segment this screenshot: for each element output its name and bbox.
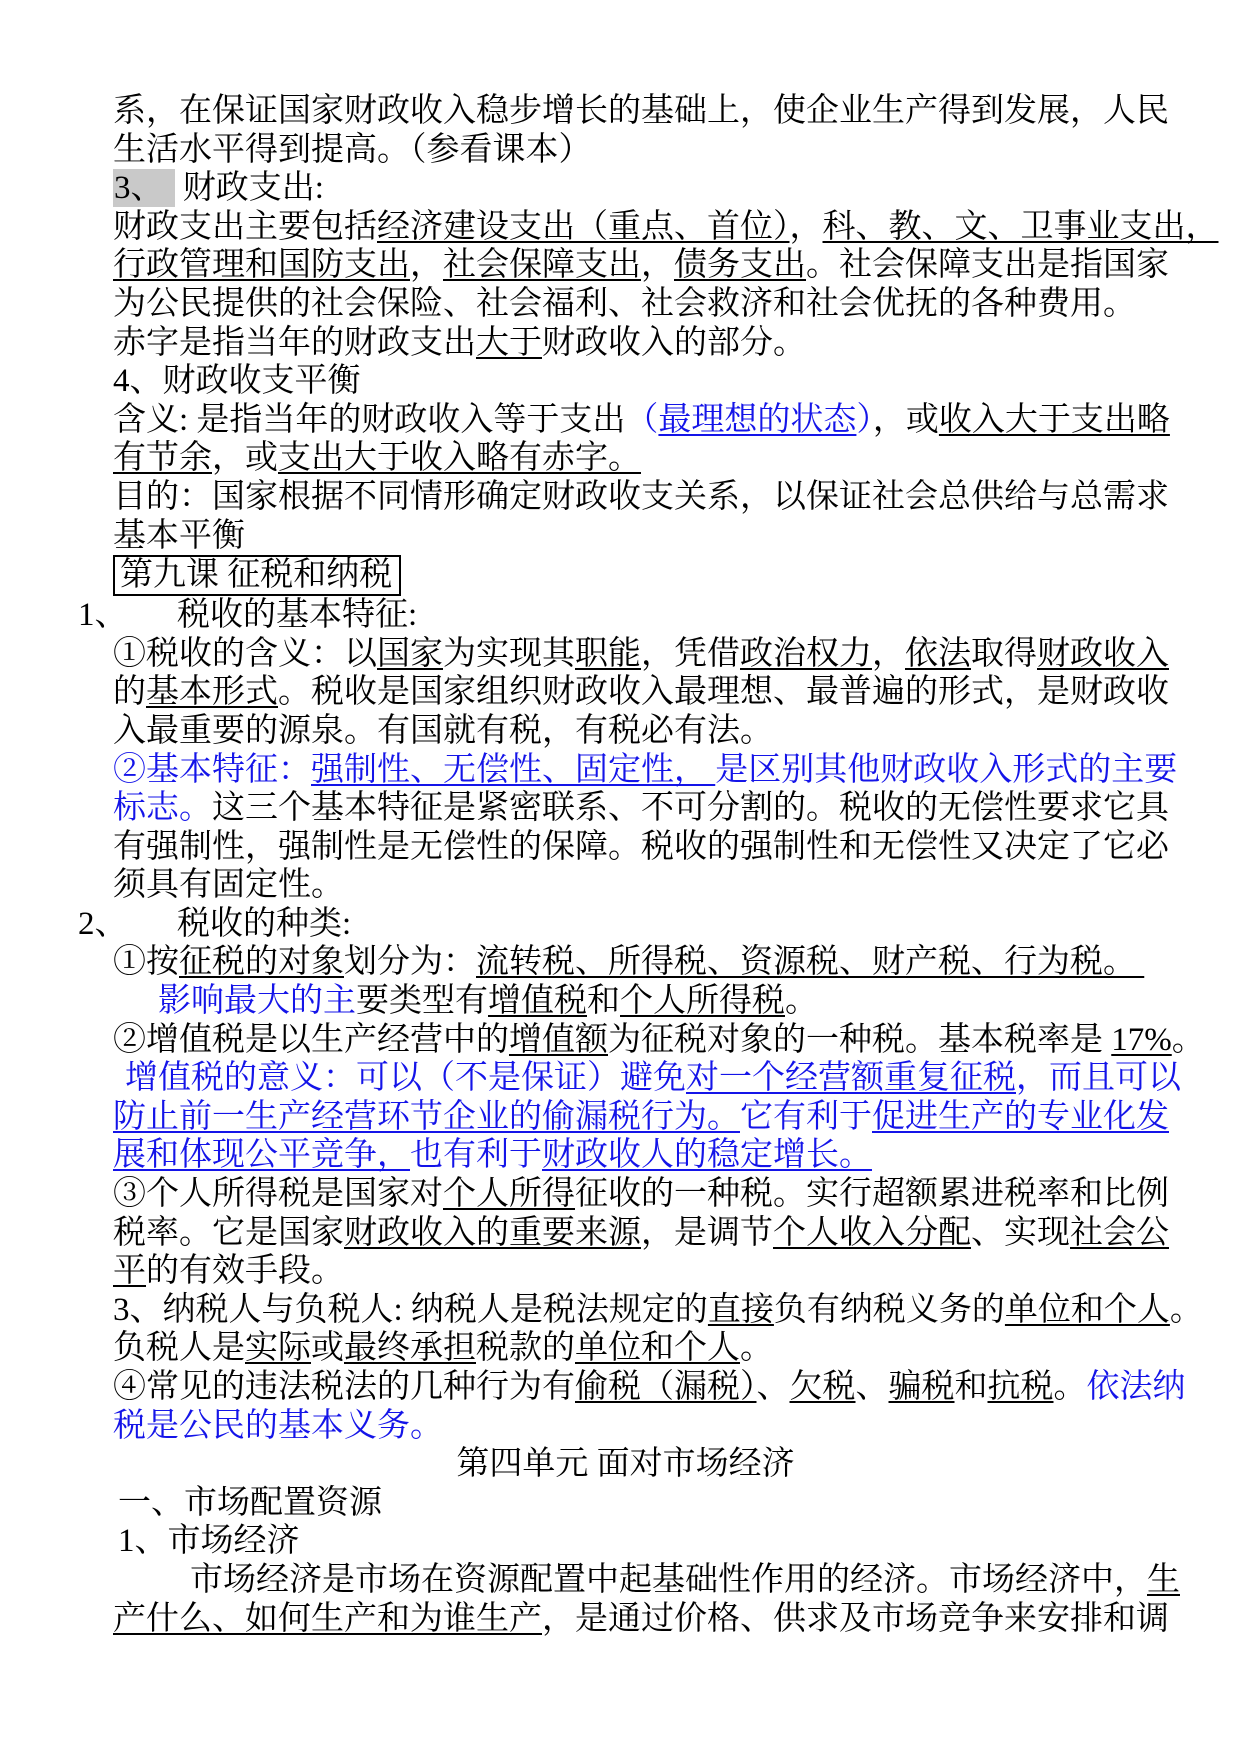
text-line: 为公民提供的社会保险、社会福利、社会救济和社会优抚的各种费用。	[113, 285, 1173, 324]
text-run: 。	[1172, 1022, 1205, 1058]
text-run: ，是通过价格、供求及市场竞争来安排和调	[542, 1601, 1169, 1637]
emphasis-blue-text: 税是公民的基本义务。	[113, 1408, 443, 1444]
text-line: 防止前一生产经营环节企业的偷漏税行为。它有利于促进生产的专业化发	[113, 1098, 1173, 1137]
emphasis-blue-text: 防止前一生产经营环节企业的偷漏税行为。	[113, 1099, 740, 1135]
text-run: ，	[872, 636, 905, 672]
text-line: 赤字是指当年的财政支出大于财政收入的部分。	[113, 324, 1173, 363]
text-run: 为征税对象的一种税。基本税率是	[608, 1022, 1111, 1058]
text-run: 财政收入的部分。	[542, 325, 806, 361]
text-line: ②增值税是以生产经营中的增值额为征税对象的一种税。基本税率是 17%。	[113, 1021, 1173, 1060]
text-run: 生	[1147, 1562, 1180, 1598]
emphasis-blue-text: ，而且可以	[1016, 1060, 1181, 1096]
text-run: 。社会保障支出是指国家	[806, 247, 1169, 283]
text-run: 17%	[1111, 1022, 1172, 1058]
text-run: ，是调节	[641, 1215, 773, 1251]
text-run: 有节余	[113, 440, 212, 476]
text-line: 标志。这三个基本特征是紧密联系、不可分割的。税收的无偿性要求它具	[113, 789, 1173, 828]
text-line: 影响最大的主要类型有增值税和个人所得税。	[158, 982, 1173, 1021]
text-run: 1、	[78, 597, 111, 633]
text-line: 基本平衡	[113, 517, 1173, 556]
text-run: 入最重要的源泉。有国就有税，有税必有法。	[113, 713, 773, 749]
text-line: 增值税的意义：可以（不是保证）避免对一个经营额重复征税，而且可以	[125, 1059, 1173, 1098]
text-run: ②增值税是以生产经营中的	[113, 1022, 509, 1058]
text-run: 社会保障支出	[443, 247, 641, 283]
text-line: ②基本特征：强制性、无偿性、固定性， 是区别其他财政收入形式的主要	[113, 751, 1173, 790]
text-line: 税是公民的基本义务。	[113, 1407, 1173, 1446]
text-run: 须具有固定性。	[113, 867, 344, 903]
emphasis-blue-text: 依法纳	[1087, 1369, 1186, 1405]
text-line: 财政支出主要包括经济建设支出（重点、首位），科、教、文、卫事业支出，	[113, 208, 1173, 247]
text-run: 征收的一种税。实行超额累进税率和比例	[575, 1176, 1169, 1212]
text-line: 生活水平得到提高。（参看课本）	[113, 131, 1173, 170]
text-run: 行政管理和国防支出	[113, 247, 410, 283]
emphasis-blue-text: 对一个经营额重复征税	[686, 1060, 1016, 1096]
text-run: ，	[410, 247, 443, 283]
text-run: ，或	[212, 440, 278, 476]
text-run: 为实现其	[443, 636, 575, 672]
text-line: 3、 财政支出:	[113, 169, 1173, 208]
text-run: 税款的	[476, 1330, 575, 1366]
text-line: 含义: 是指当年的财政收入等于支出（最理想的状态），或收入大于支出略	[113, 401, 1173, 440]
text-run: 国家	[377, 636, 443, 672]
text-line: 2、 税收的种类:	[78, 905, 1173, 944]
text-run: 有强制性，强制性是无偿性的保障。税收的强制性和无偿性又决定了它必	[113, 829, 1169, 865]
text-run: 。税收是国家组织财政收入最理想、最普遍的形式，是财政收	[278, 674, 1169, 710]
text-line: 行政管理和国防支出，社会保障支出，债务支出。社会保障支出是指国家	[113, 246, 1173, 285]
text-run: 或	[311, 1330, 344, 1366]
text-run: 。	[785, 983, 818, 1019]
text-run: 政治权力	[740, 636, 872, 672]
emphasis-blue-text: 强制性、无偿性、固定性，	[311, 752, 715, 788]
text-run: 税收的种类:	[111, 906, 351, 942]
lesson-heading: 第九课 征税和纳税	[113, 555, 1173, 596]
text-line: 市场经济是市场在资源配置中起基础性作用的经济。市场经济中，生	[190, 1561, 1173, 1600]
text-run: 税收的基本特征:	[111, 597, 417, 633]
text-run: 财政支出主要包括	[113, 209, 377, 245]
text-run: ，或	[873, 402, 939, 438]
text-line: 一、市场配置资源	[118, 1484, 1173, 1523]
emphasis-blue-text: 最理想的状态	[658, 402, 856, 438]
text-run: 增值税	[488, 983, 587, 1019]
text-line: 有节余，或支出大于收入略有赤字。	[113, 439, 1173, 478]
text-run: ③个人所得税是国家对	[113, 1176, 443, 1212]
text-run: 赤字是指当年的财政支出	[113, 325, 476, 361]
text-run: 含义: 是指当年的财政收入等于支出	[113, 402, 625, 438]
text-run: 。	[1054, 1369, 1087, 1405]
emphasis-blue-text: 财政收人的稳定增长。	[542, 1137, 872, 1173]
text-line: 4、财政收支平衡	[113, 362, 1173, 401]
text-line: 产什么、如何生产和为谁生产，是通过价格、供求及市场竞争来安排和调	[113, 1600, 1173, 1639]
emphasis-blue-text: 展和体现公平竞争，	[113, 1137, 410, 1173]
text-run: ，	[641, 247, 674, 283]
text-line: 1、 税收的基本特征:	[78, 596, 1173, 635]
text-run: 市场经济是市场在资源配置中起基础性作用的经济。市场经济中，	[190, 1562, 1147, 1598]
text-run: ，凭借	[641, 636, 740, 672]
text-line: 负税人是实际或最终承担税款的单位和个人。	[113, 1329, 1173, 1368]
text-run: 第四单元 面对市场经济	[456, 1446, 794, 1482]
text-run: 支出大于收入略有赤字。	[278, 440, 641, 476]
text-run: 一、市场配置资源	[118, 1485, 382, 1521]
emphasis-blue-text: 促进生产的专业化发	[872, 1099, 1169, 1135]
text-run: 划分为：	[344, 944, 476, 980]
text-run: 财政收入	[1037, 636, 1169, 672]
emphasis-blue-text: 增值税的意义：可以（不是保证）避免	[125, 1060, 686, 1096]
text-run: 平	[113, 1253, 146, 1289]
text-run: 负有纳税义务的	[774, 1292, 1005, 1328]
text-line: 1、市场经济	[118, 1522, 1173, 1561]
text-line: 的基本形式。税收是国家组织财政收入最理想、最普遍的形式，是财政收	[113, 673, 1173, 712]
text-run: 依法	[905, 636, 971, 672]
text-run: 偷税（漏税）	[575, 1369, 757, 1405]
document-page: 系，在保证国家财政收入稳步增长的基础上，使企业生产得到发展，人民生活水平得到提高…	[0, 0, 1241, 1754]
text-run: 个人收入分配	[773, 1215, 971, 1251]
text-run: 目的：国家根据不同情形确定财政收支关系，以保证社会总供给与总需求	[113, 479, 1169, 515]
text-run: 1、市场经济	[118, 1523, 300, 1559]
text-run: 和	[587, 983, 620, 1019]
emphasis-blue-text: 影响最大的主	[158, 983, 356, 1019]
emphasis-blue-text: （	[625, 402, 658, 438]
text-line: 目的：国家根据不同情形确定财政收支关系，以保证社会总供给与总需求	[113, 478, 1173, 517]
text-run: 财政收入的重要来源	[344, 1215, 641, 1251]
emphasis-blue-text: ）	[856, 402, 873, 438]
text-run: 单位和个人	[575, 1330, 740, 1366]
text-line: ③个人所得税是国家对个人所得征收的一种税。实行超额累进税率和比例	[113, 1175, 1173, 1214]
text-run: 经济建设支出（重点、首位）	[377, 209, 790, 245]
text-run: 4、财政收支平衡	[113, 363, 361, 399]
text-run: 和	[955, 1369, 988, 1405]
text-run: 最终承担	[344, 1330, 476, 1366]
text-run: 抗税	[988, 1369, 1054, 1405]
text-run: 第九课 征税和纳税	[120, 557, 392, 593]
text-line: 税率。它是国家财政收入的重要来源，是调节个人收入分配、实现社会公	[113, 1214, 1173, 1253]
text-run: 。	[740, 1330, 773, 1366]
text-run: 产什么、如何生产和为谁生产	[113, 1601, 542, 1637]
text-run: 要类型有	[356, 983, 488, 1019]
text-run: 征税的对象	[179, 944, 344, 980]
text-run: 骗税	[889, 1369, 955, 1405]
text-line: ④常见的违法税法的几种行为有偷税（漏税）、欠税、骗税和抗税。依法纳	[113, 1368, 1173, 1407]
emphasis-blue-text: ②基本特征：	[113, 752, 311, 788]
emphasis-blue-text: 标志。	[113, 790, 212, 826]
text-run: 取得	[971, 636, 1037, 672]
text-line: 平的有效手段。	[113, 1252, 1173, 1291]
text-run: 、	[757, 1369, 790, 1405]
text-run: 税率。它是国家	[113, 1215, 344, 1251]
text-run: 为公民提供的社会保险、社会福利、社会救济和社会优抚的各种费用。	[113, 286, 1136, 322]
text-run: 的	[113, 674, 146, 710]
text-run: 大于	[476, 325, 542, 361]
text-run: 3、纳税人与负税人: 纳税人是税法规定的	[113, 1292, 708, 1328]
text-run: ①按	[113, 944, 179, 980]
text-line: 须具有固定性。	[113, 866, 1173, 905]
text-line: 展和体现公平竞争，也有利于财政收人的稳定增长。	[113, 1136, 1173, 1175]
text-run: 财政支出:	[175, 170, 324, 206]
text-run: 基本平衡	[113, 518, 245, 554]
text-run: ，	[790, 209, 823, 245]
text-run: 欠税	[790, 1369, 856, 1405]
text-line: 系，在保证国家财政收入稳步增长的基础上，使企业生产得到发展，人民	[113, 92, 1173, 131]
text-run: 、	[856, 1369, 889, 1405]
text-run: 科、教、文、卫事业支出，	[823, 209, 1219, 245]
text-run: 负税人是	[113, 1330, 245, 1366]
text-line: ①税收的含义：以国家为实现其职能，凭借政治权力，依法取得财政收入	[113, 635, 1173, 674]
emphasis-blue-text: 它有利于	[740, 1099, 872, 1135]
text-run: 实际	[245, 1330, 311, 1366]
lesson-heading-box: 第九课 征税和纳税	[113, 555, 401, 596]
text-run: 2、	[78, 906, 111, 942]
text-run: ①税收的含义：以	[113, 636, 377, 672]
text-run: 收入大于支出略	[939, 402, 1170, 438]
text-run: 单位和个人	[1005, 1292, 1170, 1328]
text-line: 入最重要的源泉。有国就有税，有税必有法。	[113, 712, 1173, 751]
text-line: 有强制性，强制性是无偿性的保障。税收的强制性和无偿性又决定了它必	[113, 828, 1173, 867]
text-run: 系，在保证国家财政收入稳步增长的基础上，使企业生产得到发展，人民	[113, 93, 1169, 129]
text-run: 这三个基本特征是紧密联系、不可分割的。税收的无偿性要求它具	[212, 790, 1169, 826]
text-line: ①按征税的对象划分为：流转税、所得税、资源税、财产税、行为税。	[113, 943, 1173, 982]
text-run: 直接	[708, 1292, 774, 1328]
text-run: 增值额	[509, 1022, 608, 1058]
text-run: 生活水平得到提高。（参看课本）	[113, 132, 592, 168]
text-run: ④常见的违法税法的几种行为有	[113, 1369, 575, 1405]
text-run: 。	[1170, 1292, 1203, 1328]
emphasis-blue-text: 是区别其他财政收入形式的主要	[715, 752, 1177, 788]
text-run: 社会公	[1070, 1215, 1169, 1251]
text-run: 的有效手段。	[146, 1253, 344, 1289]
text-line: 3、纳税人与负税人: 纳税人是税法规定的直接负有纳税义务的单位和个人。	[113, 1291, 1173, 1330]
text-run: 流转税、所得税、资源税、财产税、行为税。	[476, 944, 1144, 980]
text-run: 个人所得	[443, 1176, 575, 1212]
emphasis-blue-text: 也有利于	[410, 1137, 542, 1173]
unit-heading: 第四单元 面对市场经济	[78, 1445, 1173, 1484]
text-run: 职能	[575, 636, 641, 672]
text-run: 债务支出	[674, 247, 806, 283]
text-run: 、实现	[971, 1215, 1070, 1251]
text-run: 基本形式	[146, 674, 278, 710]
highlighted-text: 3、	[113, 169, 175, 207]
text-run: 个人所得税	[620, 983, 785, 1019]
